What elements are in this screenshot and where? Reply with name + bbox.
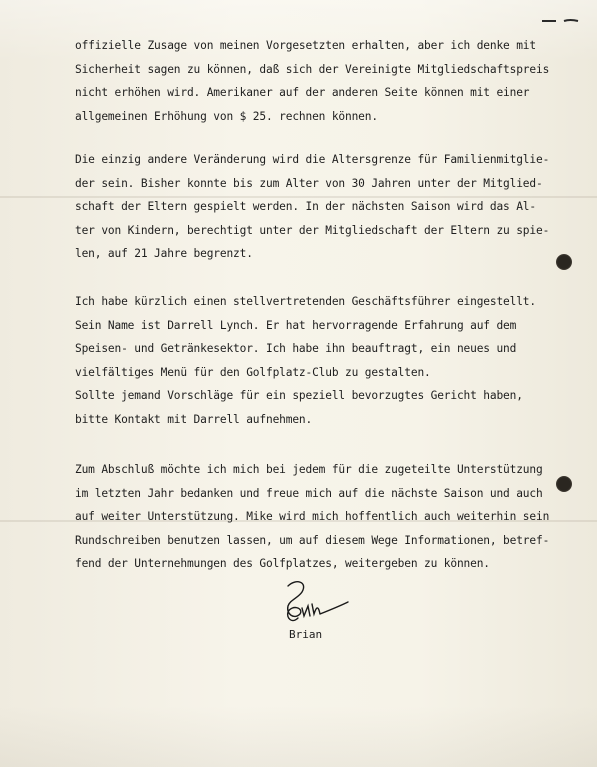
- text-line: schaft der Eltern gespielt werden. In de…: [75, 195, 545, 219]
- text-line: auf weiter Unterstützung. Mike wird mich…: [75, 505, 545, 529]
- paragraph-new-manager: Ich habe kürzlich einen stellvertretende…: [75, 290, 545, 431]
- text-line: der sein. Bisher konnte bis zum Alter vo…: [75, 172, 545, 196]
- text-line: Speisen- und Getränkesektor. Ich habe ih…: [75, 337, 545, 361]
- text-line: Sicherheit sagen zu können, daß sich der…: [75, 58, 545, 82]
- text-line: Zum Abschluß möchte ich mich bei jedem f…: [75, 458, 545, 482]
- text-line: Ich habe kürzlich einen stellvertretende…: [75, 290, 545, 314]
- text-line: len, auf 21 Jahre begrenzt.: [75, 242, 545, 266]
- text-line: Die einzig andere Veränderung wird die A…: [75, 148, 545, 172]
- text-line: Sollte jemand Vorschläge für ein speziel…: [75, 384, 545, 408]
- punch-hole-icon: [556, 254, 572, 270]
- text-line: im letzten Jahr bedanken und freue mich …: [75, 482, 545, 506]
- signature-icon: [282, 578, 352, 630]
- text-line: ter von Kindern, berechtigt unter der Mi…: [75, 219, 545, 243]
- text-line: bitte Kontakt mit Darrell aufnehmen.: [75, 408, 545, 432]
- text-line: vielfältiges Menü für den Golfplatz-Club…: [75, 361, 545, 385]
- paragraph-closing: Zum Abschluß möchte ich mich bei jedem f…: [75, 458, 545, 576]
- paragraph-age-limit: Die einzig andere Veränderung wird die A…: [75, 148, 545, 266]
- text-line: fend der Unternehmungen des Golfplatzes,…: [75, 552, 545, 576]
- pen-mark-icon: [540, 18, 580, 24]
- punch-hole-icon: [556, 476, 572, 492]
- text-line: Rundschreiben benutzen lassen, um auf di…: [75, 529, 545, 553]
- paragraph-membership-price: offizielle Zusage von meinen Vorgesetzte…: [75, 34, 545, 128]
- signer-name: Brian: [289, 628, 322, 641]
- letter-page: offizielle Zusage von meinen Vorgesetzte…: [0, 0, 597, 767]
- text-line: nicht erhöhen wird. Amerikaner auf der a…: [75, 81, 545, 105]
- text-line: offizielle Zusage von meinen Vorgesetzte…: [75, 34, 545, 58]
- text-line: allgemeinen Erhöhung von $ 25. rechnen k…: [75, 105, 545, 129]
- text-line: Sein Name ist Darrell Lynch. Er hat herv…: [75, 314, 545, 338]
